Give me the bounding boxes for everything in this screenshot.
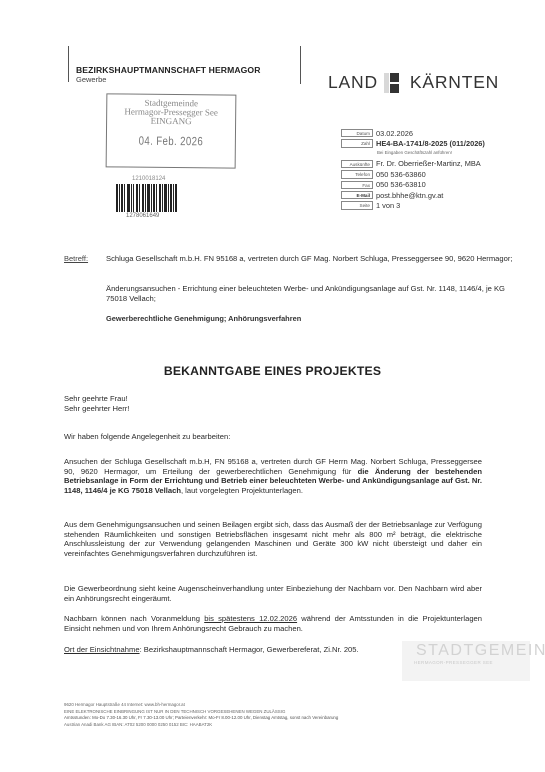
meta-row-email: E-Mail post.bhhe@ktn.gv.at xyxy=(341,190,485,200)
inspection-deadline-paragraph: Nachbarn können nach Voranmeldung bis sp… xyxy=(64,614,482,633)
footer-bank: Austrian Anadi Bank AG IBAN: AT02 5200 0… xyxy=(64,722,534,729)
logo-text-left: LAND xyxy=(328,72,378,93)
subject-line1: Schluga Gesellschaft m.b.H. FN 95168 a, … xyxy=(106,254,526,264)
deadline-date: bis spätestens 12.02.2026 xyxy=(204,614,297,623)
meta-value: Fr. Dr. Oberrießer-Martinz, MBA xyxy=(376,159,481,168)
reference-block: Datum 03.02.2026 Zahl HE4-BA-1741/8-2025… xyxy=(341,128,485,211)
meta-value: 050 536-63810 xyxy=(376,180,426,189)
sender-organization: BEZIRKSHAUPTMANNSCHAFT HERMAGOR xyxy=(76,65,261,75)
barcode-number: 1278061649 xyxy=(126,213,159,219)
footer-address: 9620 Hermagor Hauptstraße 44 Internet: w… xyxy=(64,702,534,709)
receipt-stamp: Stadtgemeinde Hermagor-Pressegger See EI… xyxy=(106,93,237,168)
sender-department: Gewerbe xyxy=(76,75,106,84)
simplified-procedure-paragraph: Aus dem Genehmigungsansuchen und seinen … xyxy=(64,520,482,558)
salutation-line2: Sehr geehrter Herr! xyxy=(64,404,482,414)
inspection-location-label: Ort der Einsichtnahme xyxy=(64,645,140,654)
watermark-line2: HERMAGOR-PRESSEGGER SEE xyxy=(414,660,530,665)
meta-row-phone: Telefon 050 536-63860 xyxy=(341,169,485,179)
barcode-icon xyxy=(116,184,178,212)
footer-notice: EINE ELEKTRONISCHE EINBRINGUNG IST NUR I… xyxy=(64,709,534,716)
salutation: Sehr geehrte Frau! Sehr geehrter Herr! xyxy=(64,394,482,413)
footer: 9620 Hermagor Hauptstraße 44 Internet: w… xyxy=(64,702,534,728)
land-kaernten-logo: LAND KÄRNTEN xyxy=(328,72,499,93)
application-text-end: , laut vorgelegten Projektunterlagen. xyxy=(181,486,303,495)
intro-paragraph: Wir haben folgende Angelegenheit zu bear… xyxy=(64,432,482,442)
salutation-line1: Sehr geehrte Frau! xyxy=(64,394,482,404)
meta-label: Seite xyxy=(341,201,373,210)
meta-row-fax: Fax 050 536-63810 xyxy=(341,180,485,190)
inspection-location-value: : Bezirkshauptmannschaft Hermagor, Gewer… xyxy=(140,645,359,654)
inspection-location: Ort der Einsichtnahme: Bezirkshauptmanns… xyxy=(64,645,482,655)
meta-label: E-Mail xyxy=(341,191,373,200)
meta-label: Auskünfte xyxy=(341,160,373,169)
meta-value: post.bhhe@ktn.gv.at xyxy=(376,191,443,200)
meta-label: Telefon xyxy=(341,170,373,179)
subject-label: Betreff: xyxy=(64,254,88,263)
meta-value: HE4-BA-1741/8-2025 (011/2026) xyxy=(376,139,485,148)
meta-value: 1 von 3 xyxy=(376,201,400,210)
document-title: BEKANNTGABE EINES PROJEKTES xyxy=(0,364,545,378)
footer-office-hours: Amtsstunden: Mo-Do 7.30-16.30 Uhr, Fr 7.… xyxy=(64,715,534,722)
stamp-line3: EINGANG xyxy=(107,116,235,126)
fold-mark-left xyxy=(68,46,69,82)
meta-row-reference: Zahl HE4-BA-1741/8-2025 (011/2026) xyxy=(341,138,485,148)
meta-row-contact: Auskünfte Fr. Dr. Oberrießer-Martinz, MB… xyxy=(341,159,485,169)
meta-value: 03.02.2026 xyxy=(376,129,413,138)
stamp-number: 1210018124 xyxy=(132,176,165,182)
logo-mark-icon xyxy=(390,73,399,93)
application-paragraph: Ansuchen der Schluga Gesellschaft m.b.H,… xyxy=(64,457,482,495)
meta-label: Datum xyxy=(341,129,373,138)
meta-row-date: Datum 03.02.2026 xyxy=(341,128,485,138)
meta-row-page: Seite 1 von 3 xyxy=(341,200,485,210)
subject-line3: Gewerberechtliche Genehmigung; Anhörungs… xyxy=(106,314,301,324)
meta-value: 050 536-63860 xyxy=(376,170,426,179)
meta-label: Fax xyxy=(341,181,373,190)
subject-line2: Änderungsansuchen - Errichtung einer bel… xyxy=(106,284,526,303)
meta-note: Bei Eingaben Geschäftszahl anführen! xyxy=(377,149,485,157)
hearing-right-paragraph: Die Gewerbeordnung sieht keine Augensche… xyxy=(64,584,482,603)
fold-mark-right xyxy=(300,46,301,84)
stamp-date: 04. Feb. 2026 xyxy=(120,133,223,148)
logo-text-right: KÄRNTEN xyxy=(410,72,499,93)
meta-label: Zahl xyxy=(341,139,373,148)
deadline-text: Nachbarn können nach Voranmeldung xyxy=(64,614,204,623)
